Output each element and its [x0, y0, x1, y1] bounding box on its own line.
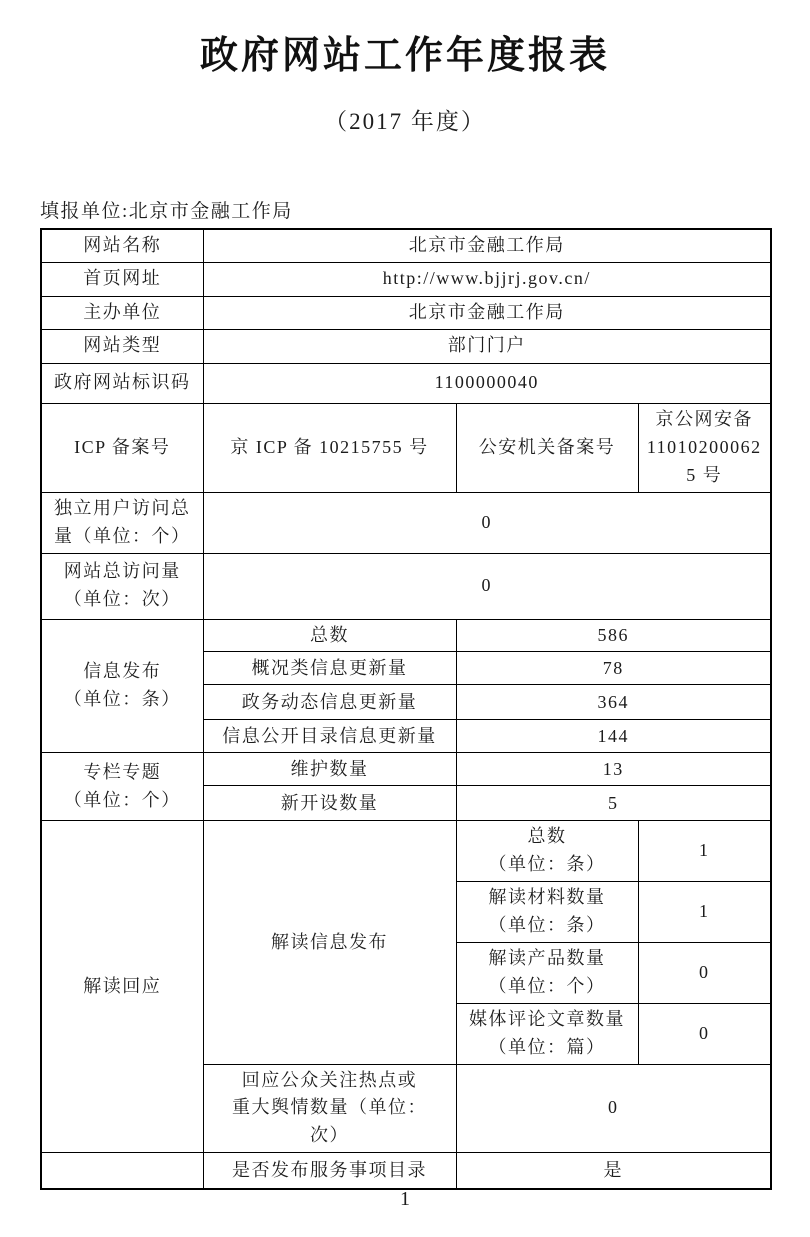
page-title: 政府网站工作年度报表 [0, 24, 810, 79]
homepage-url-value: http://www.bjjrj.gov.cn/ [203, 262, 771, 296]
site-name-label: 网站名称 [41, 229, 203, 262]
interp-total-value: 1 [638, 821, 771, 882]
site-id-value: 1100000040 [203, 363, 771, 403]
site-type-value: 部门门户 [203, 329, 771, 363]
hotspot-response-value: 0 [456, 1064, 771, 1153]
open-catalog-update-label: 信息公开目录信息更新量 [203, 720, 456, 753]
media-comments-label: 媒体评论文章数量 （单位：篇） [456, 1003, 638, 1064]
site-id-label: 政府网站标识码 [41, 363, 203, 403]
site-name-value: 北京市金融工作局 [203, 229, 771, 262]
host-unit-value: 北京市金融工作局 [203, 296, 771, 329]
annual-report-table: 网站名称 北京市金融工作局 首页网址 http://www.bjjrj.gov.… [40, 228, 772, 1190]
table-row: 解读回应 解读信息发布 总数 （单位：条） 1 [41, 821, 771, 882]
info-total-value: 586 [456, 619, 771, 652]
table-row: ICP 备案号 京 ICP 备 10215755 号 公安机关备案号 京公网安备… [41, 403, 771, 492]
table-row: 是否发布服务事项目录 是 [41, 1153, 771, 1189]
interp-materials-label: 解读材料数量 （单位：条） [456, 882, 638, 943]
table-row: 首页网址 http://www.bjjrj.gov.cn/ [41, 262, 771, 296]
unique-visitors-label: 独立用户访问总 量（单位：个） [41, 492, 203, 553]
new-topics-label: 新开设数量 [203, 786, 456, 821]
homepage-url-label: 首页网址 [41, 262, 203, 296]
gov-news-update-label: 政务动态信息更新量 [203, 685, 456, 720]
total-visits-value: 0 [203, 553, 771, 619]
overview-update-label: 概况类信息更新量 [203, 652, 456, 685]
info-total-label: 总数 [203, 619, 456, 652]
table-row: 网站名称 北京市金融工作局 [41, 229, 771, 262]
interp-products-value: 0 [638, 943, 771, 1004]
service-catalog-label: 是否发布服务事项目录 [203, 1153, 456, 1189]
interpretation-publish-label: 解读信息发布 [203, 821, 456, 1064]
open-catalog-update-value: 144 [456, 720, 771, 753]
special-topics-section-label: 专栏专题 （单位：个） [41, 753, 203, 821]
interpretation-section-label: 解读回应 [41, 821, 203, 1153]
table-row: 独立用户访问总 量（单位：个） 0 [41, 492, 771, 553]
interp-total-label: 总数 （单位：条） [456, 821, 638, 882]
site-type-label: 网站类型 [41, 329, 203, 363]
table-row: 主办单位 北京市金融工作局 [41, 296, 771, 329]
page-number: 1 [0, 1188, 810, 1211]
table-row: 网站总访问量 （单位：次） 0 [41, 553, 771, 619]
table-row: 信息发布 （单位：条） 总数 586 [41, 619, 771, 652]
empty-cell [41, 1153, 203, 1189]
icp-label: ICP 备案号 [41, 403, 203, 492]
host-unit-label: 主办单位 [41, 296, 203, 329]
overview-update-value: 78 [456, 652, 771, 685]
media-comments-value: 0 [638, 1003, 771, 1064]
hotspot-response-label: 回应公众关注热点或 重大舆情数量（单位： 次） [203, 1064, 456, 1153]
icp-value: 京 ICP 备 10215755 号 [203, 403, 456, 492]
table-row: 专栏专题 （单位：个） 维护数量 13 [41, 753, 771, 786]
service-catalog-value: 是 [456, 1153, 771, 1189]
filling-unit-label: 填报单位:北京市金融工作局 [40, 196, 293, 223]
police-record-value: 京公网安备 11010200062 5 号 [638, 403, 771, 492]
new-topics-value: 5 [456, 786, 771, 821]
maintained-count-label: 维护数量 [203, 753, 456, 786]
total-visits-label: 网站总访问量 （单位：次） [41, 553, 203, 619]
interp-materials-value: 1 [638, 882, 771, 943]
gov-news-update-value: 364 [456, 685, 771, 720]
table-row: 政府网站标识码 1100000040 [41, 363, 771, 403]
info-publish-section-label: 信息发布 （单位：条） [41, 619, 203, 753]
maintained-count-value: 13 [456, 753, 771, 786]
report-page: 政府网站工作年度报表 （2017 年度） 填报单位:北京市金融工作局 网站名称 … [0, 0, 810, 1237]
page-subtitle: （2017 年度） [0, 103, 810, 136]
police-record-label: 公安机关备案号 [456, 403, 638, 492]
interp-products-label: 解读产品数量 （单位：个） [456, 943, 638, 1004]
table-row: 网站类型 部门门户 [41, 329, 771, 363]
unique-visitors-value: 0 [203, 492, 771, 553]
